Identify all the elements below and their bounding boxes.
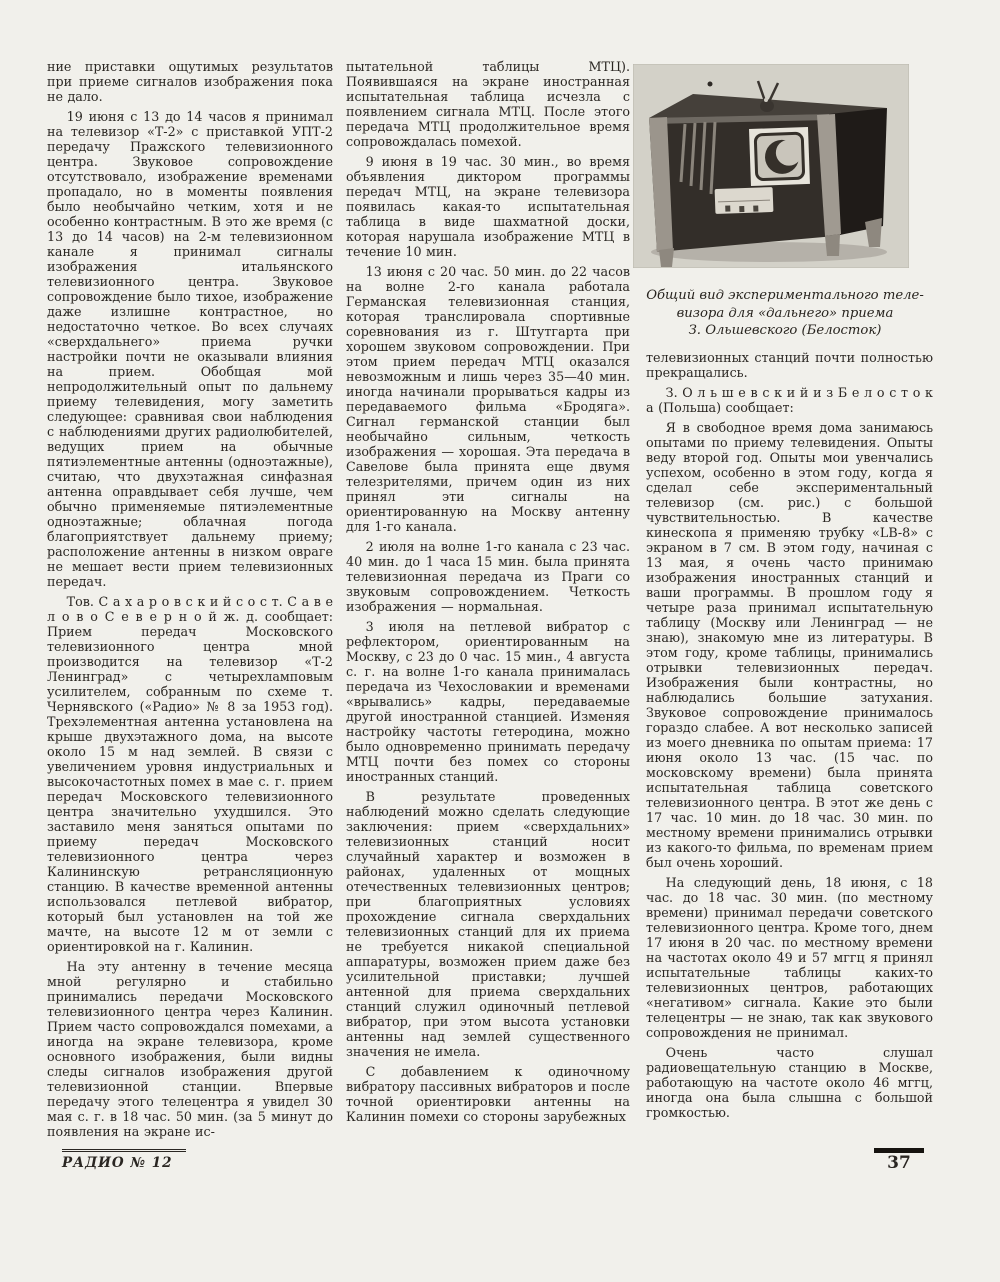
- paragraph: Очень часто слушал радиовещательную стан…: [646, 1045, 933, 1120]
- column-left: ние приставки ощутимых результатов при п…: [47, 59, 333, 1141]
- tv-dial-panel: [715, 187, 774, 214]
- footer-journal-title: РАДИО № 12: [62, 1149, 186, 1171]
- tv-screen: [749, 127, 810, 186]
- paragraph: Я в свободное время дома занимаюсь опыта…: [646, 420, 933, 870]
- figure-caption: Общий вид экспериментального теле- визор…: [638, 287, 932, 340]
- page-number: 37: [874, 1154, 924, 1173]
- paragraph: 9 июня в 19 час. 30 мин., во время объяв…: [346, 154, 630, 259]
- paragraph: С добавлением к одиночному вибратору пас…: [346, 1064, 630, 1124]
- paragraph: В результате проведенных наблюдений можн…: [346, 789, 630, 1059]
- page-number-block: 37: [874, 1148, 924, 1173]
- paragraph: На следующий день, 18 июня, с 18 час. до…: [646, 875, 933, 1040]
- paragraph: 3 июля на петлевой вибратор с рефлекторо…: [346, 619, 630, 784]
- television-illustration: [633, 64, 909, 268]
- paragraph: ние приставки ощутимых результатов при п…: [47, 59, 333, 104]
- paragraph: 2 июля на волне 1-го канала с 23 час. 40…: [346, 539, 630, 614]
- paragraph: 13 июня с 20 час. 50 мин. до 22 часов на…: [346, 264, 630, 534]
- paragraph: пытательной таблицы МТЦ). Появившаяся на…: [346, 59, 630, 149]
- column-middle: пытательной таблицы МТЦ). Появившаяся на…: [346, 59, 630, 1141]
- figure-photo: [633, 64, 909, 268]
- magazine-page: ние приставки ощутимых результатов при п…: [0, 0, 1000, 1282]
- paragraph: 19 июня с 13 до 14 часов я принимал на т…: [47, 109, 333, 589]
- paragraph: На эту антенну в течение месяца мной рег…: [47, 959, 333, 1139]
- photo-speck: [708, 82, 713, 87]
- paragraph: телевизионных станций почти полностью пр…: [646, 350, 933, 380]
- paragraph: Тов. С а х а р о в с к и й с о с т. С а …: [47, 594, 333, 954]
- paragraph: З. О л ь ш е в с к и й и з Б е л о с т о…: [646, 385, 933, 415]
- column-right: телевизионных станций почти полностью пр…: [646, 350, 933, 1142]
